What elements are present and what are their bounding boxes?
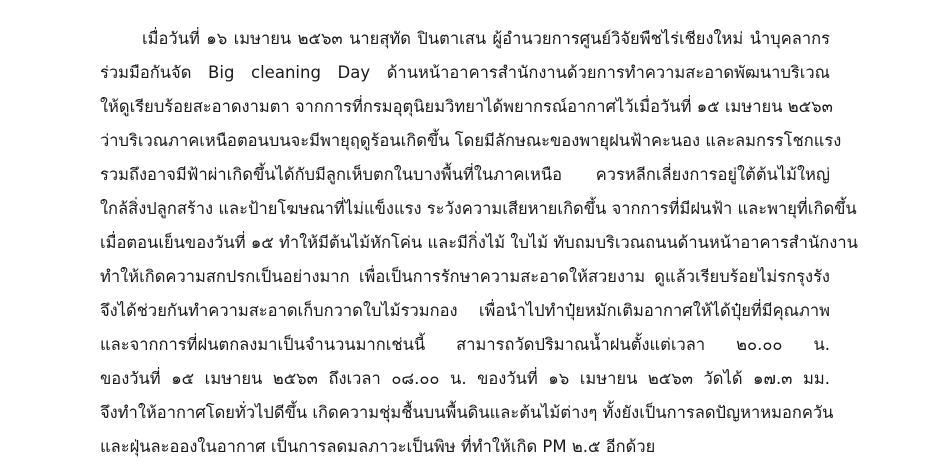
paragraph-line: ว่าบริเวณภาคเหนือตอนบนจะมีพายุฤดูร้อนเกิ… [100, 124, 830, 158]
paragraph-line: ให้ดูเรียบร้อยสะอาดงามตา จากการที่กรมอุต… [100, 90, 830, 124]
paragraph-line: และจากการที่ฝนตกลงมาเป็นจำนวนมากเช่นนี้ … [100, 328, 830, 362]
paragraph-line: ร่วมมือกันจัด Big cleaning Day ด้านหน้าอ… [100, 56, 830, 90]
paragraph-line: และฝุ่นละอองในอากาศ เป็นการลดมลภาวะเป็นพ… [100, 430, 830, 464]
paragraph-line: ทำให้เกิดความสกปรกเป็นอย่างมาก เพื่อเป็น… [100, 260, 830, 294]
paragraph-line: จึงทำให้อากาศโดยทั่วไปดีขึ้น เกิดความชุ่… [100, 396, 830, 430]
paragraph-line: จึงได้ช่วยกันทำความสะอาดเก็บกวาดใบไม้รวม… [100, 294, 830, 328]
paragraph-line: เมื่อวันที่ ๑๖ เมษายน ๒๕๖๓ นายสุทัด ปินต… [100, 22, 830, 56]
paragraph-line: ใกล้สิ่งปลูกสร้าง และป้ายโฆษณาที่ไม่แข็ง… [100, 192, 830, 226]
paragraph-line: ของวันที่ ๑๕ เมษายน ๒๕๖๓ ถึงเวลา ๐๘.๐๐ น… [100, 362, 830, 396]
paragraph-line: เมื่อตอนเย็นของวันที่ ๑๕ ทำให้มีต้นไม้หั… [100, 226, 830, 260]
paragraph-line: รวมถึงอาจมีฟ้าผ่าเกิดขึ้นได้กับมีลูกเห็บ… [100, 158, 830, 192]
document-body: เมื่อวันที่ ๑๖ เมษายน ๒๕๖๓ นายสุทัด ปินต… [100, 22, 830, 464]
